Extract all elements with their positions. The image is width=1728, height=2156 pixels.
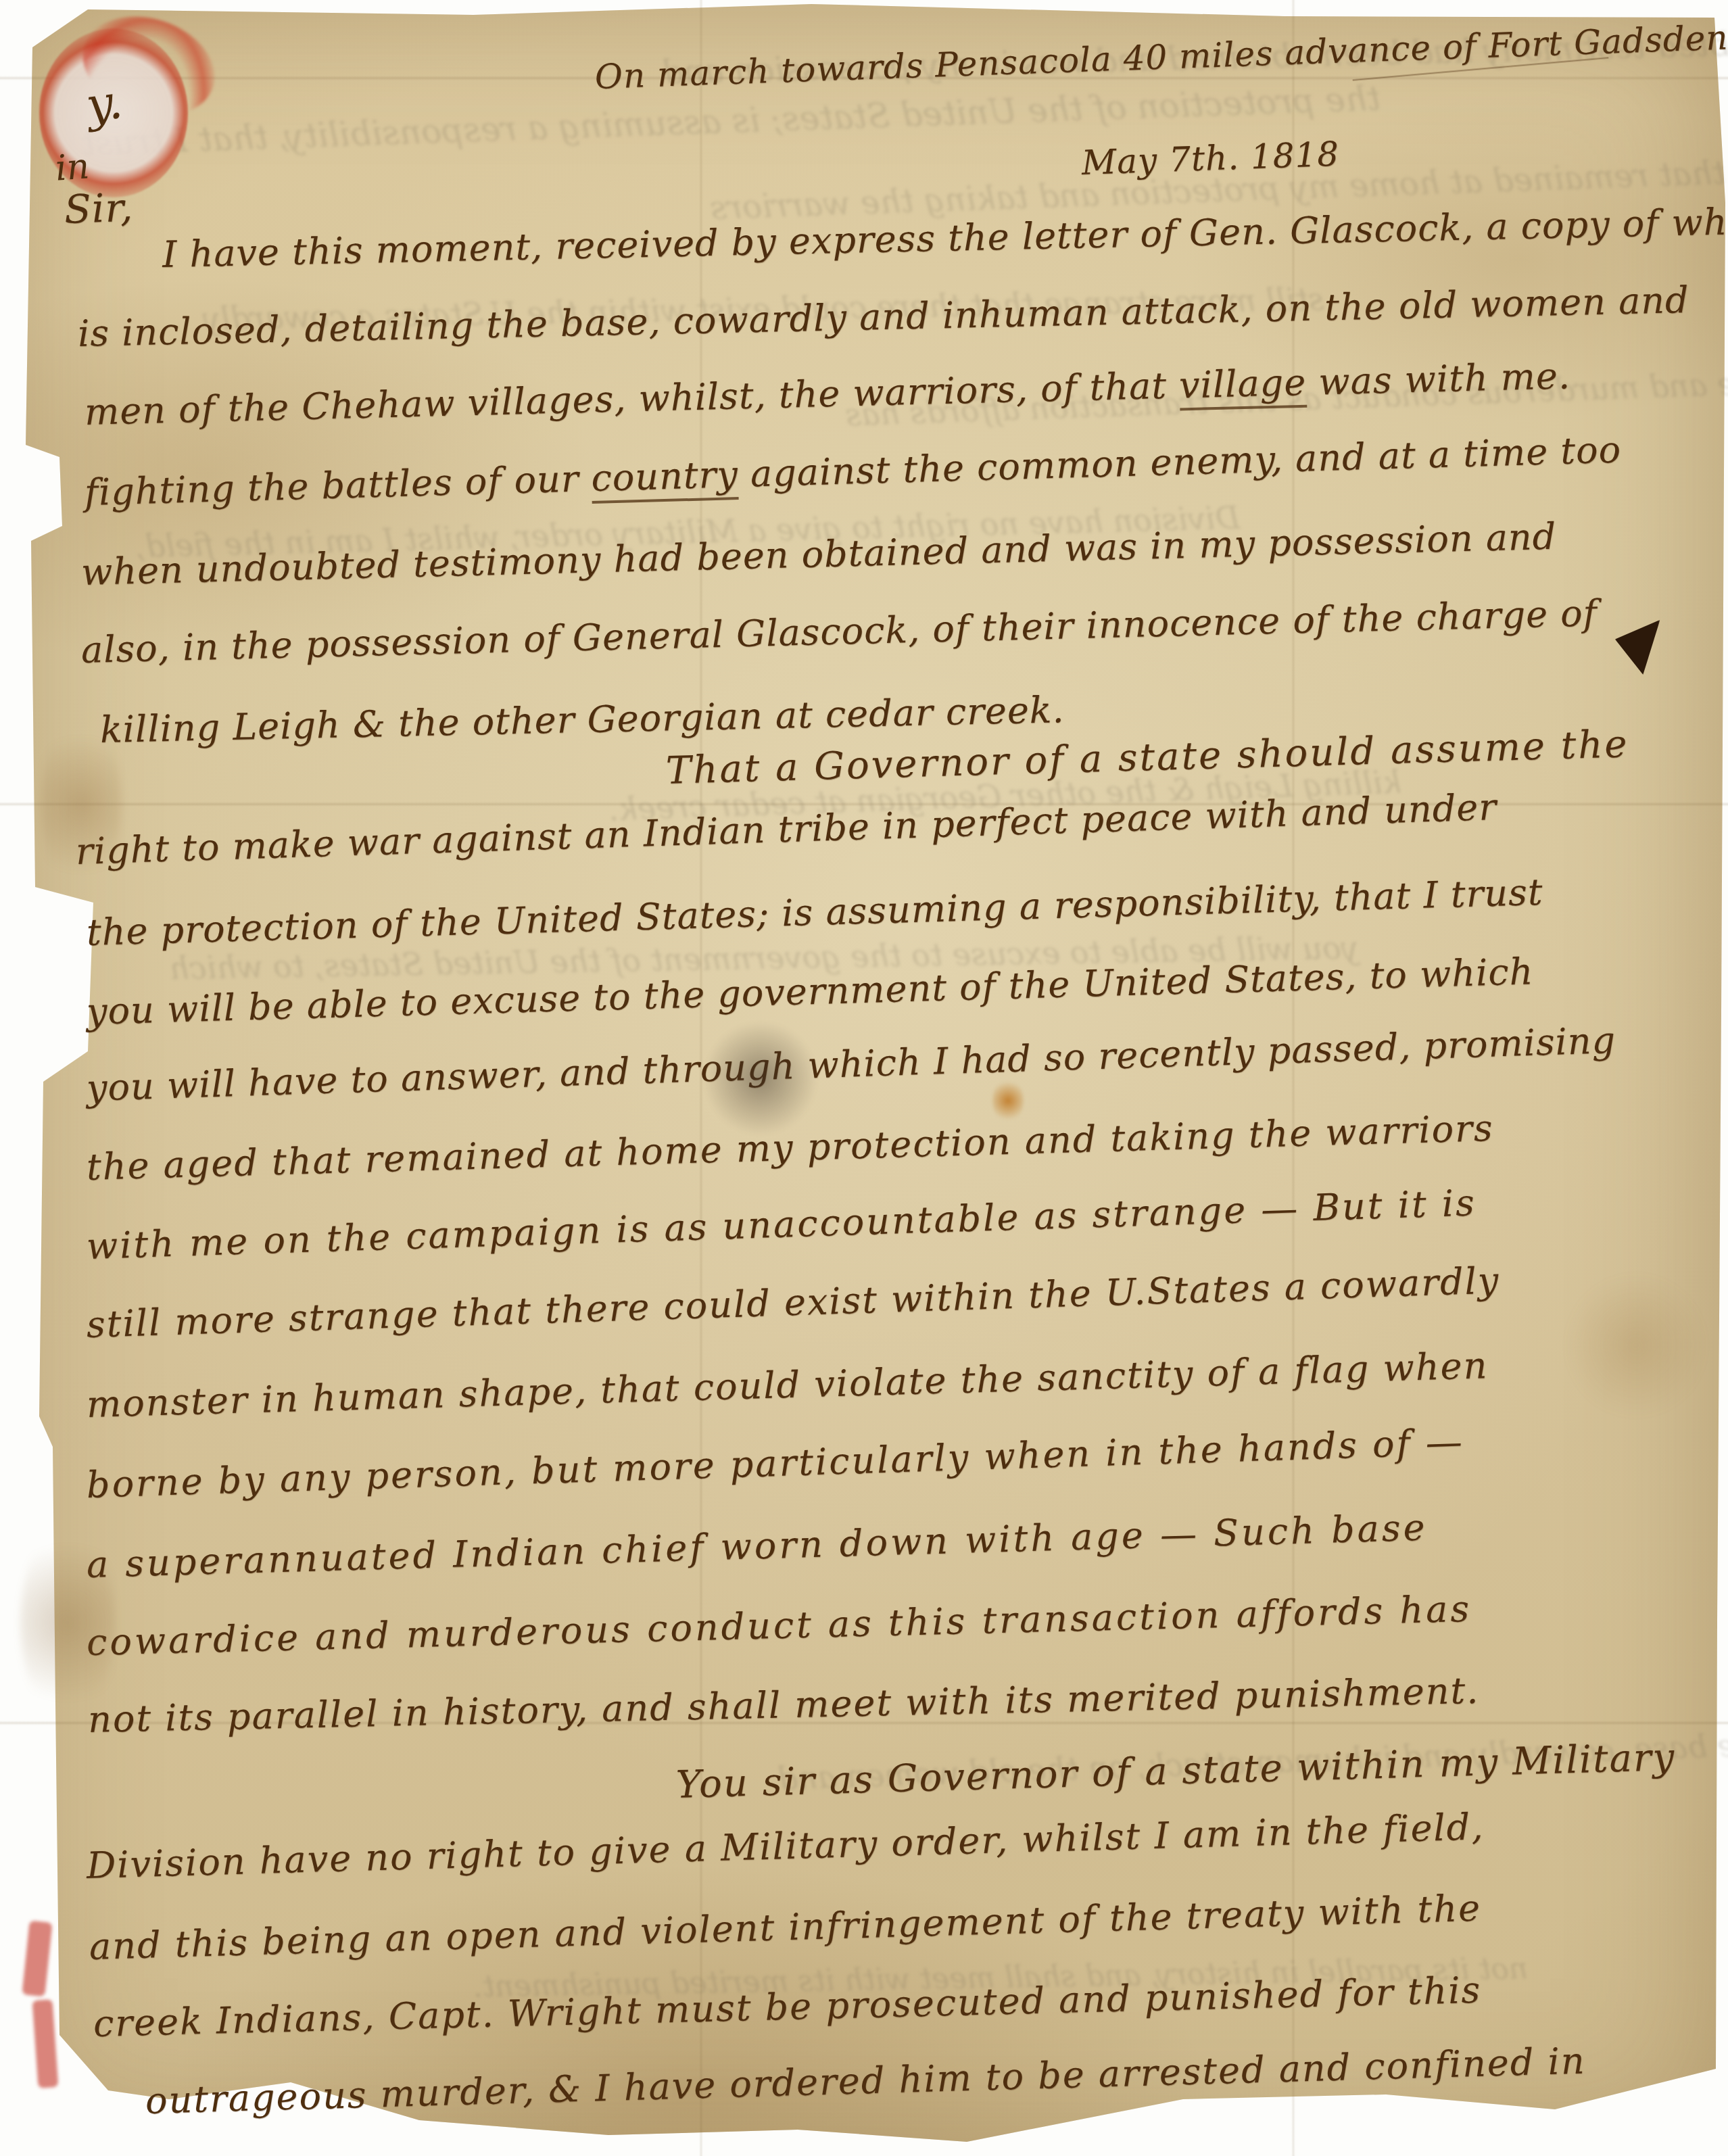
corner-annotation-mark: y. — [83, 74, 126, 134]
red-pigment-mark — [22, 1921, 52, 1997]
letter-line-underlined-word: village — [1178, 361, 1307, 411]
manuscript-scan: { "document": { "kind": "handwritten-let… — [0, 0, 1728, 2156]
corner-annotation-mark: in — [54, 146, 91, 189]
letter-salutation: Sir, — [64, 184, 134, 233]
letter-line-text: was with me. — [1305, 354, 1570, 404]
letter-line-underlined-word: country — [591, 453, 739, 504]
red-pigment-mark — [32, 1999, 59, 2088]
